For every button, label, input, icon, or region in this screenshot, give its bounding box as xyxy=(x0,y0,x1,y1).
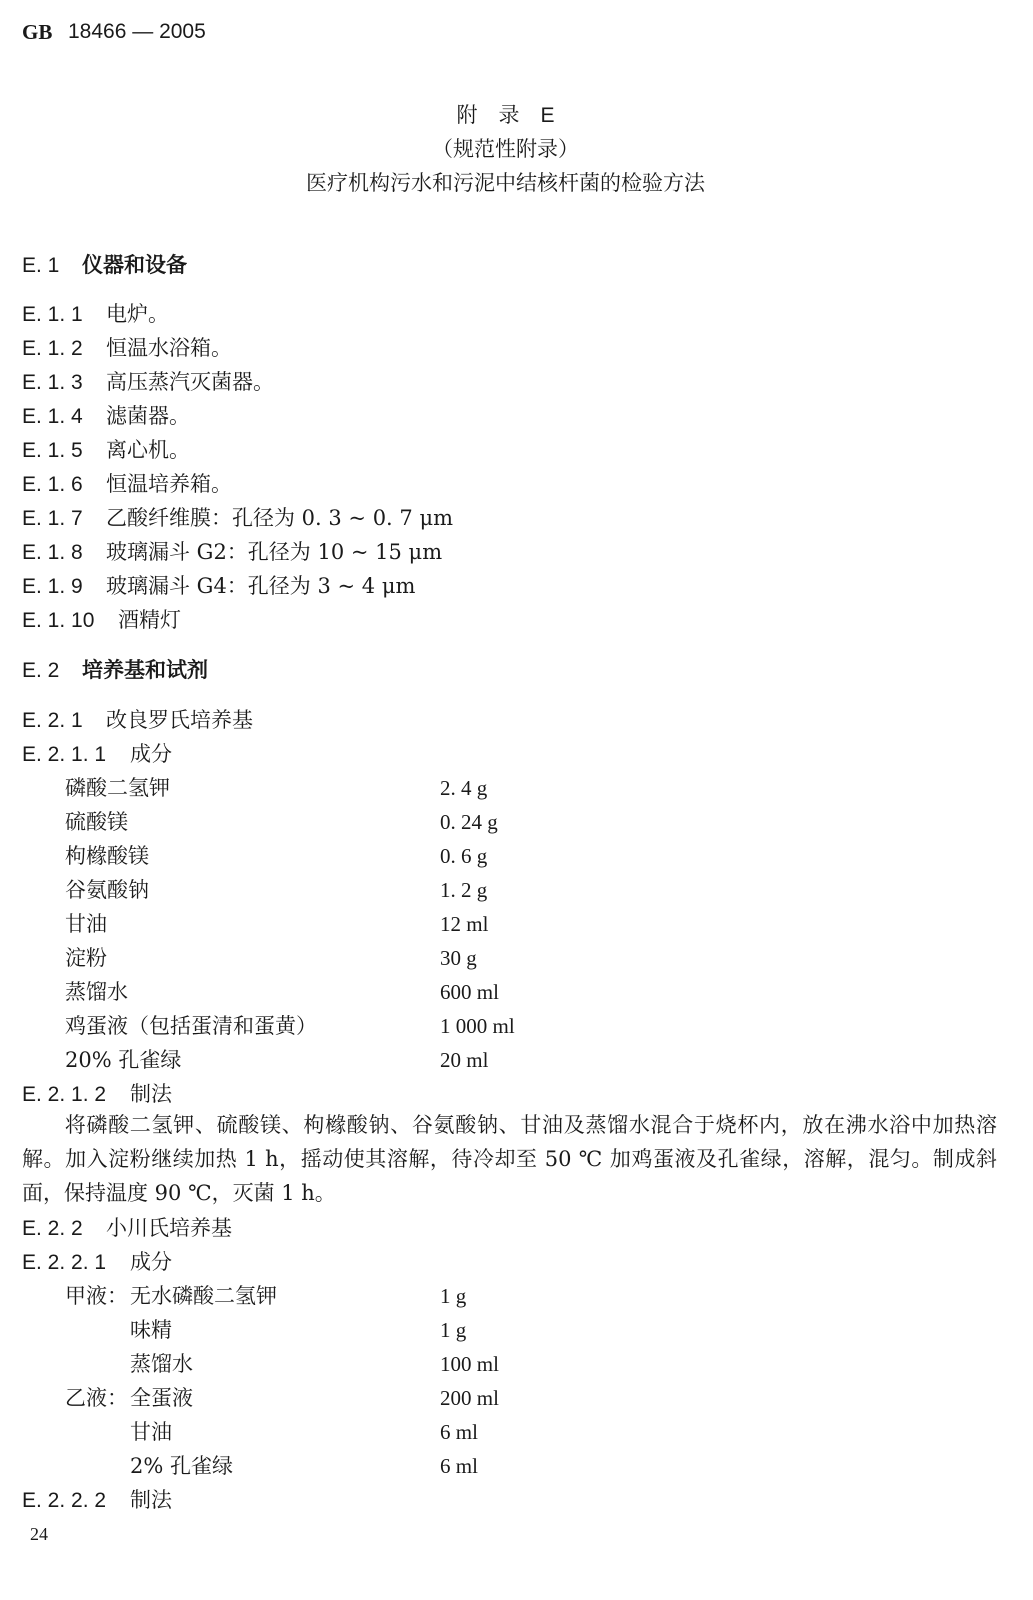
ingredient-name: 枸橼酸镁 xyxy=(65,842,149,870)
list-item: E. 1. 8玻璃漏斗 G2：孔径为 10 ~ 15 μm xyxy=(22,538,442,567)
appendix-type: （规范性附录） xyxy=(0,133,1011,163)
ingredient-amount: 1 g xyxy=(440,1282,466,1310)
ingredient-name: 蒸馏水 xyxy=(65,978,128,1006)
list-item: E. 1. 5离心机。 xyxy=(22,436,190,465)
ingredient-name: 淀粉 xyxy=(65,944,107,972)
list-item: E. 1. 1电炉。 xyxy=(22,300,169,329)
ingredient-name: 硫酸镁 xyxy=(65,808,128,836)
list-item: E. 1. 7乙酸纤维膜：孔径为 0. 3 ~ 0. 7 μm xyxy=(22,504,453,533)
ingredient-amount: 1 g xyxy=(440,1316,466,1344)
ingredient-name: 甘油 xyxy=(130,1418,172,1446)
ingredient-amount: 6 ml xyxy=(440,1452,478,1480)
list-item: E. 1. 9玻璃漏斗 G4：孔径为 3 ~ 4 μm xyxy=(22,572,415,601)
standard-number: 18466 — 2005 xyxy=(68,20,206,44)
standard-prefix: GB xyxy=(22,20,52,45)
ingredient-amount: 100 ml xyxy=(440,1350,499,1378)
list-item: E. 1. 3高压蒸汽灭菌器。 xyxy=(22,368,274,397)
ingredient-amount: 200 ml xyxy=(440,1384,499,1412)
solution-group-label: 甲液： xyxy=(65,1282,128,1310)
appendix-title: 医疗机构污水和污泥中结核杆菌的检验方法 xyxy=(0,167,1011,197)
appendix-label: 附 录 E xyxy=(0,99,1011,129)
ingredient-name: 20% 孔雀绿 xyxy=(65,1046,181,1074)
ingredient-amount: 2. 4 g xyxy=(440,774,487,802)
ingredient-name: 谷氨酸钠 xyxy=(65,876,149,904)
ingredient-name: 蒸馏水 xyxy=(130,1350,193,1378)
subsection-e2-1: E. 2. 1改良罗氏培养基 xyxy=(22,706,253,735)
subsection-e2-2-2: E. 2. 2. 2制法 xyxy=(22,1486,172,1515)
subsection-e2-2-1: E. 2. 2. 1成分 xyxy=(22,1248,172,1277)
list-item: E. 1. 4滤菌器。 xyxy=(22,402,190,431)
ingredient-amount: 1. 2 g xyxy=(440,876,487,904)
section-heading-e1: E. 1仪器和设备 xyxy=(22,251,187,280)
document-page: GB 18466 — 2005 附 录 E （规范性附录） 医疗机构污水和污泥中… xyxy=(0,0,1033,1600)
ingredient-amount: 30 g xyxy=(440,944,477,972)
solution-group-label: 乙液： xyxy=(65,1384,128,1412)
page-number: 24 xyxy=(30,1524,48,1545)
ingredient-amount: 6 ml xyxy=(440,1418,478,1446)
preparation-paragraph: 将磷酸二氢钾、硫酸镁、枸橼酸钠、谷氨酸钠、甘油及蒸馏水混合于烧杯内，放在沸水浴中… xyxy=(22,1108,997,1210)
ingredient-amount: 600 ml xyxy=(440,978,499,1006)
subsection-e2-1-1: E. 2. 1. 1成分 xyxy=(22,740,172,769)
ingredient-name: 磷酸二氢钾 xyxy=(65,774,170,802)
ingredient-amount: 20 ml xyxy=(440,1046,488,1074)
section-heading-e2: E. 2培养基和试剂 xyxy=(22,656,208,685)
ingredient-name: 甘油 xyxy=(65,910,107,938)
ingredient-amount: 12 ml xyxy=(440,910,488,938)
subsection-e2-1-2: E. 2. 1. 2制法 xyxy=(22,1080,172,1109)
ingredient-amount: 0. 24 g xyxy=(440,808,498,836)
ingredient-name: 味精 xyxy=(130,1316,172,1344)
ingredient-name: 2% 孔雀绿 xyxy=(130,1452,233,1480)
list-item: E. 1. 10酒精灯 xyxy=(22,606,181,635)
ingredient-amount: 1 000 ml xyxy=(440,1012,515,1040)
ingredient-name: 全蛋液 xyxy=(130,1384,193,1412)
ingredient-name: 鸡蛋液（包括蛋清和蛋黄） xyxy=(65,1012,317,1040)
list-item: E. 1. 2恒温水浴箱。 xyxy=(22,334,232,363)
subsection-e2-2: E. 2. 2小川氏培养基 xyxy=(22,1214,232,1243)
list-item: E. 1. 6恒温培养箱。 xyxy=(22,470,232,499)
ingredient-amount: 0. 6 g xyxy=(440,842,487,870)
ingredient-name: 无水磷酸二氢钾 xyxy=(130,1282,277,1310)
